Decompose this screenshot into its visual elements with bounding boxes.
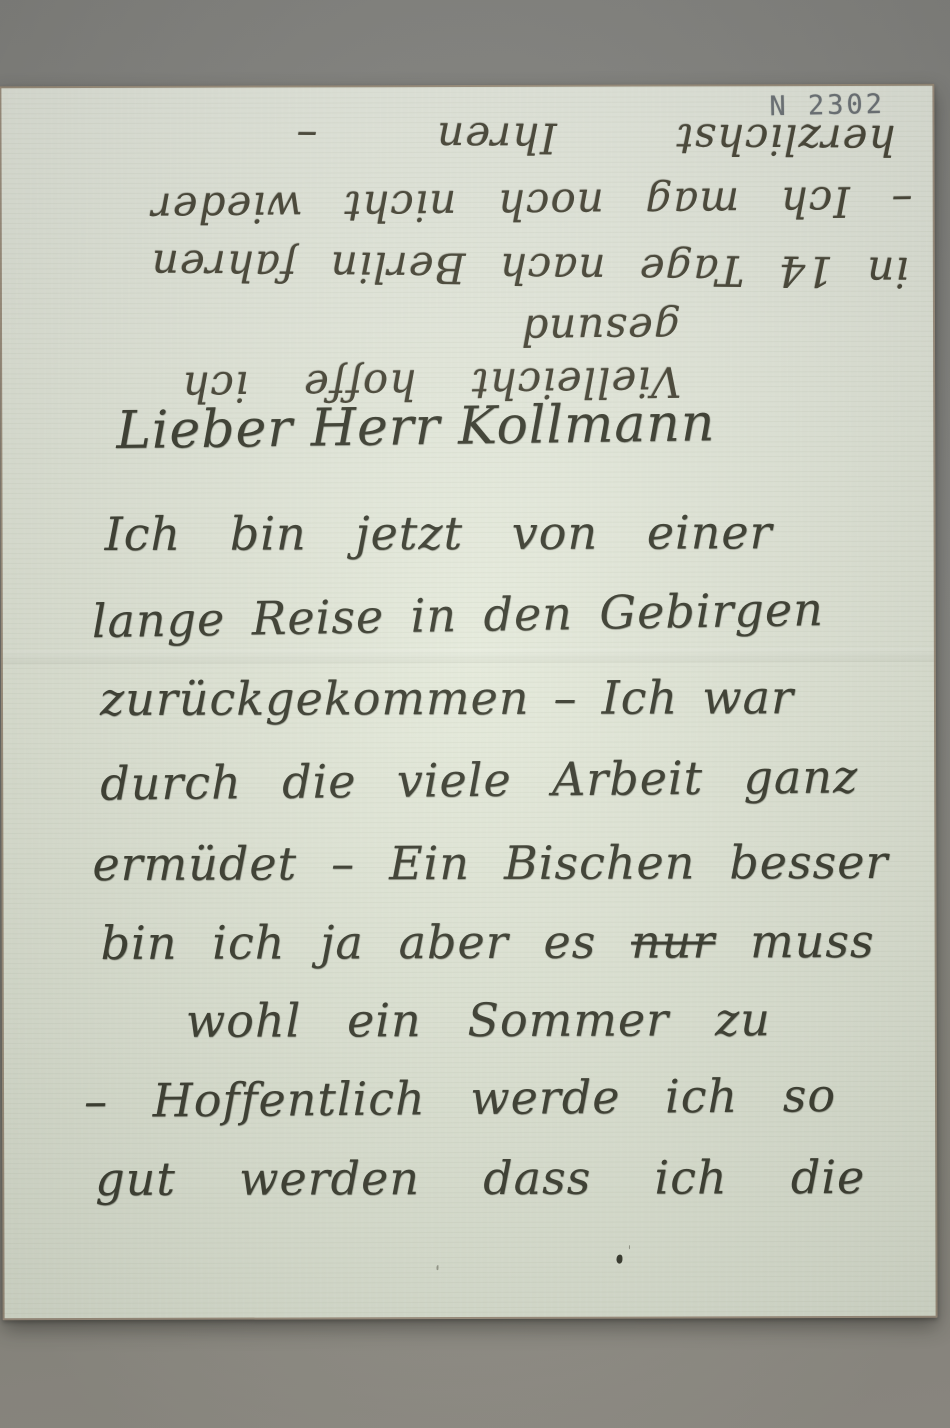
- line-text: bin ich ja aber es: [101, 915, 597, 970]
- struck-word: nur: [631, 914, 715, 968]
- paper-crease: [3, 648, 934, 664]
- salutation-line: Lieber Herr Kollmann: [116, 391, 716, 464]
- handwritten-line: ermüdet – Ein Bischen besser: [92, 834, 888, 894]
- scan-background: N 2302 herzlichst Ihren – – Ich mag noch…: [0, 0, 950, 1428]
- handwritten-line: durch die viele Arbeit ganz: [100, 748, 859, 813]
- letter-page: N 2302 herzlichst Ihren – – Ich mag noch…: [0, 84, 938, 1320]
- inverted-handwritten-line: – Ich mag noch nicht wieder: [150, 174, 912, 234]
- handwritten-line: bin ich ja aber es nur muss: [101, 913, 875, 973]
- handwritten-line: zurückgekommen – Ich war: [100, 669, 794, 728]
- inverted-handwritten-line: in 14 Tage nach Berlin fahren: [151, 238, 909, 298]
- inverted-handwritten-line: herzlichst Ihren –: [295, 110, 895, 166]
- handwritten-line: Ich bin jetzt von einer: [104, 504, 772, 563]
- handwritten-line: gut werden dass ich die: [95, 1149, 865, 1209]
- ink-speck: [616, 1255, 622, 1264]
- handwritten-line: wohl ein Sommer zu: [186, 991, 771, 1050]
- handwritten-line: – Hoffentlich werde ich so: [84, 1067, 836, 1130]
- line-text: muss: [750, 914, 875, 968]
- handwritten-line: lange Reise in den Gebirgen: [91, 581, 824, 651]
